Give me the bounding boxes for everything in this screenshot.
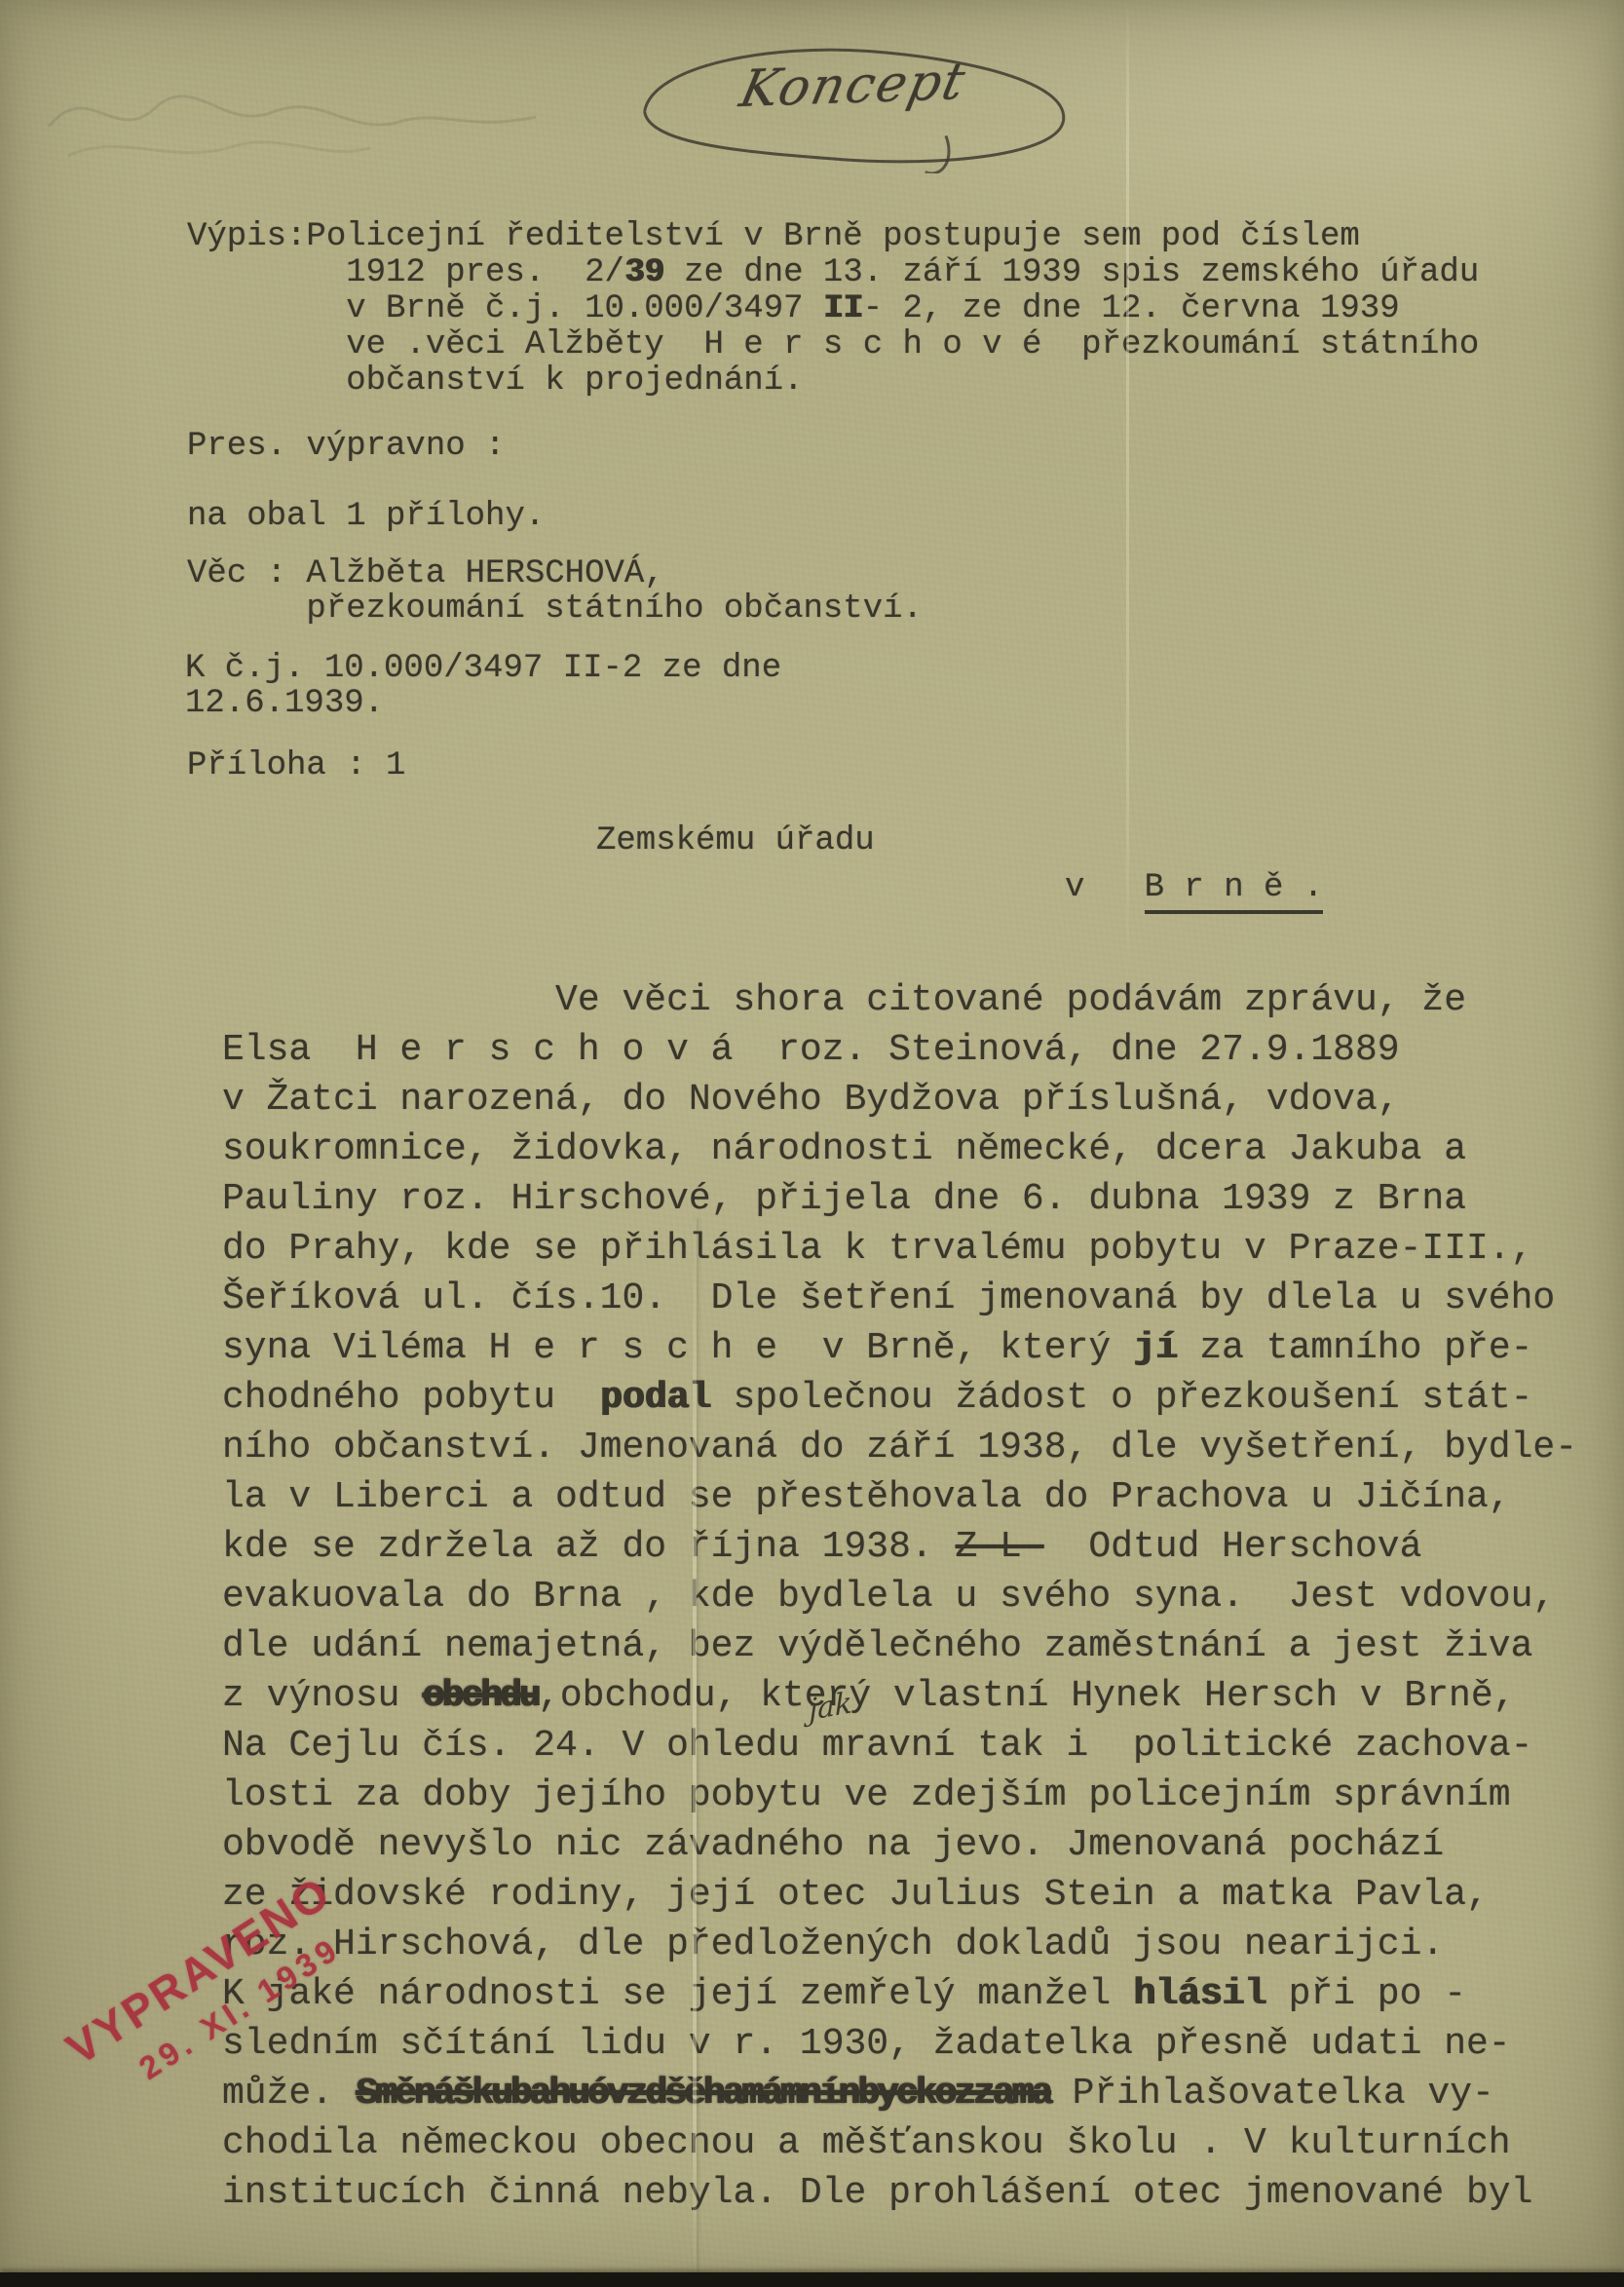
addressee-office: Zemskému úřadu xyxy=(596,823,875,858)
priloha-line: Příloha : 1 xyxy=(187,748,405,783)
kcj-block: K č.j. 10.000/3497 II-2 ze dne12.6.1939. xyxy=(185,651,781,721)
koncept-annotation: Koncept xyxy=(622,31,1083,178)
obal-line: na obal 1 přílohy. xyxy=(187,499,545,534)
vec-block: Věc : Alžběta HERSCHOVÁ, přezkoumání stá… xyxy=(187,556,923,627)
koncept-handwriting: Koncept xyxy=(735,53,971,120)
pres-vypravno-line: Pres. výpravno : xyxy=(187,429,505,464)
addressee-city: v B r n ě . xyxy=(1065,870,1323,905)
document-scan: { "annotation": { "koncept": "Koncept" }… xyxy=(0,0,1624,2287)
report-body: Ve věci shora citované podávám zprávu, ž… xyxy=(222,975,1577,2218)
scan-edge xyxy=(0,2272,1624,2287)
reference-block: Výpis:Policejní ředitelství v Brně postu… xyxy=(187,219,1479,400)
